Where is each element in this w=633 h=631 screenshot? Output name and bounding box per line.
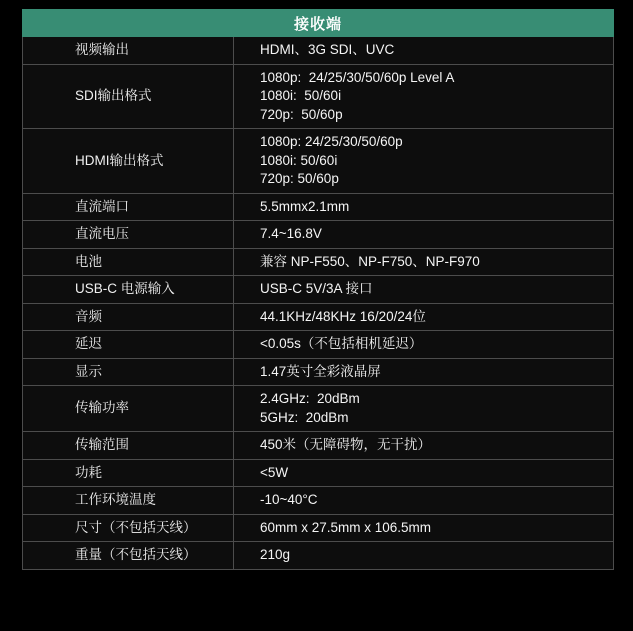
spec-value: 2.4GHz: 20dBm 5GHz: 20dBm [234, 386, 613, 431]
table-row-usbc-power-input: USB-C 电源输入 USB-C 5V/3A 接口 [23, 276, 613, 304]
table-row-dc-port: 直流端口 5.5mmx2.1mm [23, 194, 613, 222]
table-row-operating-temperature: 工作环境温度 -10~40°C [23, 487, 613, 515]
spec-value: 44.1KHz/48KHz 16/20/24位 [234, 304, 613, 331]
spec-label: 视频输出 [23, 37, 234, 64]
page-background: { "page": { "background_color": "#000000… [0, 0, 633, 631]
table-row-power-consumption: 功耗 <5W [23, 460, 613, 488]
spec-label: USB-C 电源输入 [23, 276, 234, 303]
spec-label: 功耗 [23, 460, 234, 487]
spec-value: 1080p: 24/25/30/50/60p 1080i: 50/60i 720… [234, 129, 613, 193]
table-row-hdmi-output-format: HDMI输出格式 1080p: 24/25/30/50/60p 1080i: 5… [23, 129, 613, 194]
spec-value: 210g [234, 542, 613, 569]
table-row-sdi-output-format: SDI输出格式 1080p: 24/25/30/50/60p Level A 1… [23, 65, 613, 130]
table-row-dc-voltage: 直流电压 7.4~16.8V [23, 221, 613, 249]
spec-value: 450米（无障碍物，无干扰） [234, 432, 613, 459]
spec-value: 5.5mmx2.1mm [234, 194, 613, 221]
receiver-spec-table: 接收端 视频输出 HDMI、3G SDI、UVC SDI输出格式 1080p: … [22, 9, 614, 570]
spec-label: 音频 [23, 304, 234, 331]
spec-label: HDMI输出格式 [23, 129, 234, 193]
table-row-battery: 电池 兼容 NP-F550、NP-F750、NP-F970 [23, 249, 613, 277]
spec-value: 1.47英寸全彩液晶屏 [234, 359, 613, 386]
spec-label: 重量（不包括天线） [23, 542, 234, 569]
spec-value: USB-C 5V/3A 接口 [234, 276, 613, 303]
table-row-transmit-range: 传输范围 450米（无障碍物，无干扰） [23, 432, 613, 460]
spec-value: <0.05s（不包括相机延迟） [234, 331, 613, 358]
spec-value: 兼容 NP-F550、NP-F750、NP-F970 [234, 249, 613, 276]
table-row-latency: 延迟 <0.05s（不包括相机延迟） [23, 331, 613, 359]
spec-label: 延迟 [23, 331, 234, 358]
spec-label: 显示 [23, 359, 234, 386]
spec-value: HDMI、3G SDI、UVC [234, 37, 613, 64]
spec-label: 传输范围 [23, 432, 234, 459]
table-header: 接收端 [22, 9, 614, 37]
spec-value: <5W [234, 460, 613, 487]
spec-label: 直流端口 [23, 194, 234, 221]
spec-value: -10~40°C [234, 487, 613, 514]
spec-label: 尺寸（不包括天线） [23, 515, 234, 542]
spec-label: 直流电压 [23, 221, 234, 248]
table-row-dimensions: 尺寸（不包括天线） 60mm x 27.5mm x 106.5mm [23, 515, 613, 543]
spec-label: 工作环境温度 [23, 487, 234, 514]
table-row-video-output: 视频输出 HDMI、3G SDI、UVC [23, 37, 613, 65]
spec-label: SDI输出格式 [23, 65, 234, 129]
spec-label: 电池 [23, 249, 234, 276]
spec-value: 7.4~16.8V [234, 221, 613, 248]
table-row-transmit-power: 传输功率 2.4GHz: 20dBm 5GHz: 20dBm [23, 386, 613, 432]
table-row-audio: 音频 44.1KHz/48KHz 16/20/24位 [23, 304, 613, 332]
table-title: 接收端 [294, 13, 342, 34]
spec-value: 60mm x 27.5mm x 106.5mm [234, 515, 613, 542]
table-row-weight: 重量（不包括天线） 210g [23, 542, 613, 569]
table-row-display: 显示 1.47英寸全彩液晶屏 [23, 359, 613, 387]
spec-label: 传输功率 [23, 386, 234, 431]
spec-value: 1080p: 24/25/30/50/60p Level A 1080i: 50… [234, 65, 613, 129]
